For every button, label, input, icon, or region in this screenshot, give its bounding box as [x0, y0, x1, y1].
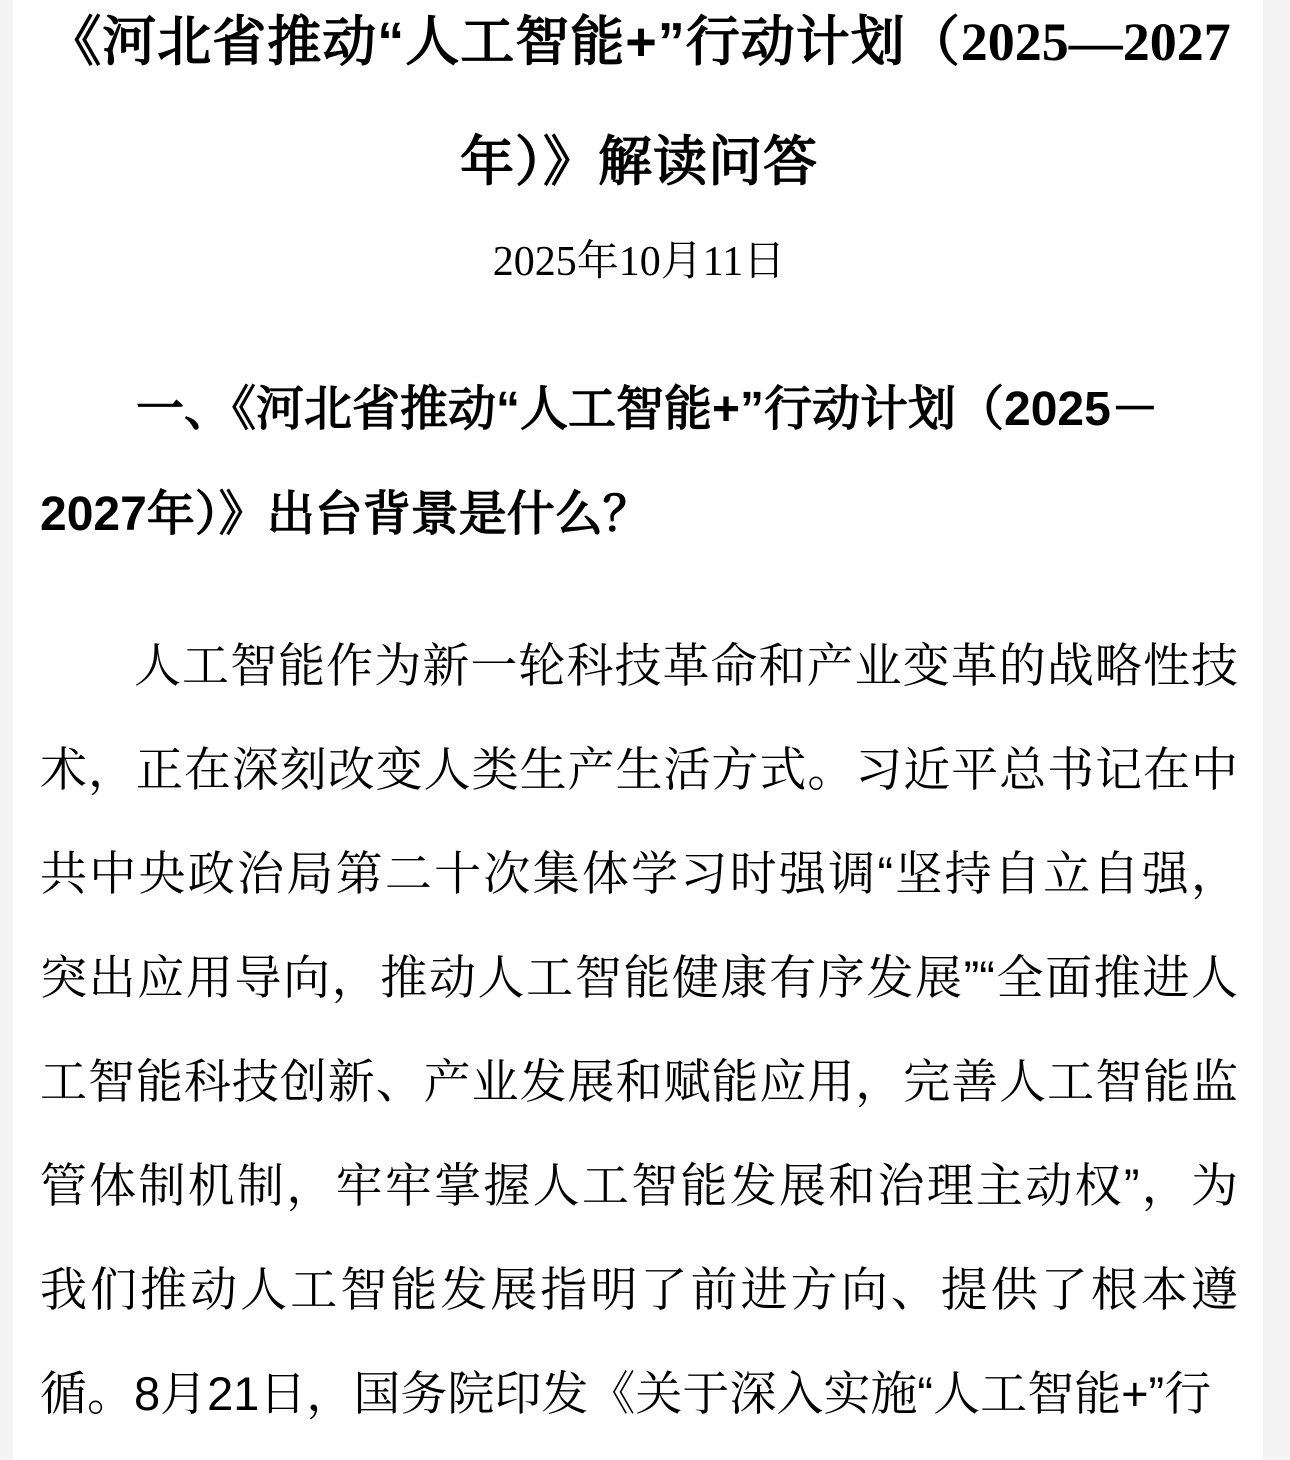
title-line-1: 《河北省推动“人工智能+”行动计划（2025—2027 — [40, 0, 1238, 102]
section-1-heading-line-1: 一、《河北省推动“人工智能+”行动计划（2025－ — [40, 357, 1238, 462]
paragraph-line: 工智能科技创新、产业发展和赋能应用，完善人工智能监 — [40, 1030, 1238, 1134]
document-title: 《河北省推动“人工智能+”行动计划（2025—2027 年）》解读问答 — [40, 0, 1238, 222]
title-line-1-text: 《河北省推动“人工智能+”行动计划（ — [47, 12, 961, 72]
section-1-heading: 一、《河北省推动“人工智能+”行动计划（2025－ 2027年）》出台背景是什么… — [40, 357, 1238, 567]
paragraph-line: 共中央政治局第二十次集体学习时强调“坚持自立自强， — [40, 822, 1238, 926]
paragraph-line: 管体制机制，牢牢掌握人工智能发展和治理主动权”，为 — [40, 1134, 1238, 1238]
paragraph-line: 突出应用导向，推动人工智能健康有序发展”“全面推进人 — [40, 926, 1238, 1030]
title-line-2: 年）》解读问答 — [40, 102, 1238, 222]
paragraph-line: 循。8月21日，国务院印发《关于深入实施“人工智能+”行 — [40, 1342, 1238, 1446]
document-page: 《河北省推动“人工智能+”行动计划（2025—2027 年）》解读问答 2025… — [13, 0, 1263, 1460]
title-year-range: 2025—2027 — [961, 12, 1231, 72]
paragraph-line: 我们推动人工智能发展指明了前进方向、提供了根本遵 — [40, 1238, 1238, 1342]
paragraph-line: 人工智能作为新一轮科技革命和产业变革的战略性技 — [40, 614, 1238, 718]
paragraph-line: 术，正在深刻改变人类生产生活方式。习近平总书记在中 — [40, 718, 1238, 822]
publish-date: 2025年10月11日 — [40, 222, 1238, 302]
section-1-paragraph: 人工智能作为新一轮科技革命和产业变革的战略性技 术，正在深刻改变人类生产生活方式… — [40, 614, 1238, 1446]
section-1-heading-line-2: 2027年）》出台背景是什么？ — [40, 462, 1238, 567]
